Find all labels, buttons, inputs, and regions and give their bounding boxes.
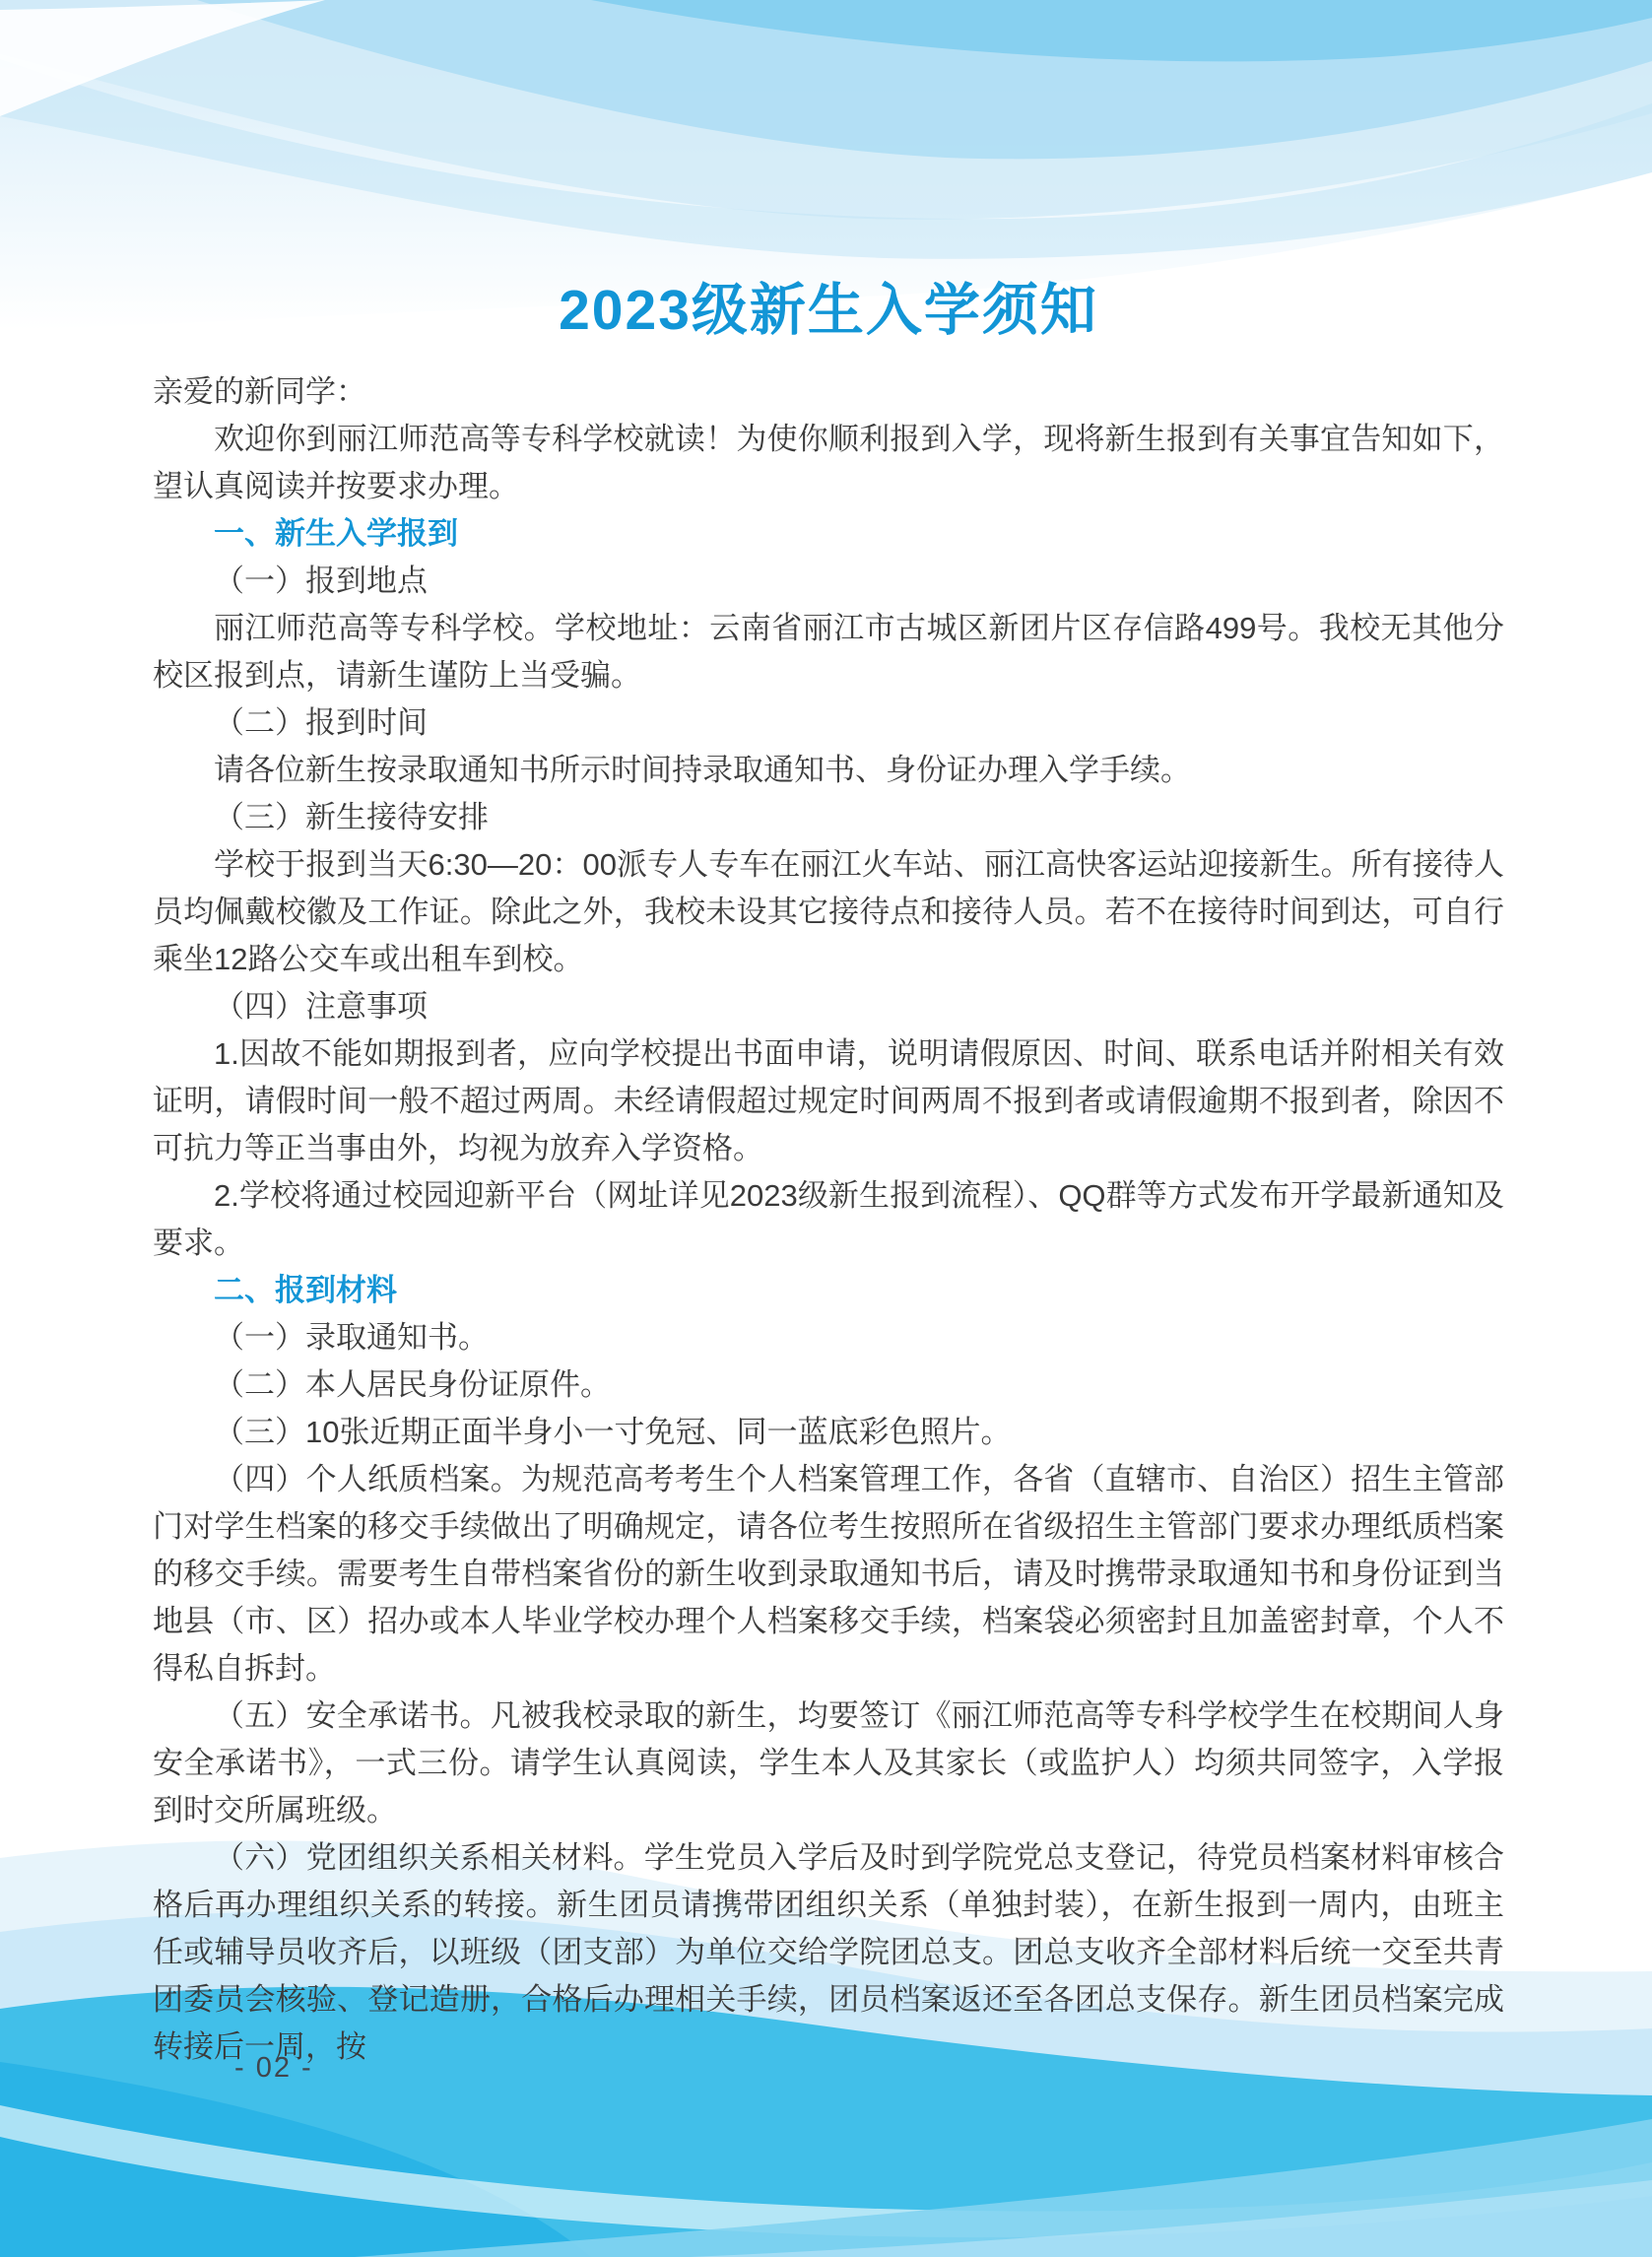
section-2-item-1: （一）录取通知书。 (153, 1314, 1504, 1361)
intro-paragraph: 欢迎你到丽江师范高等专科学校就读！为使你顺利报到入学，现将新生报到有关事宜告知如… (153, 416, 1504, 510)
page: { "page": { "title": "2023级新生入学须知", "pag… (0, 0, 1652, 2257)
section-1-item-4-note-1: 1.因故不能如期报到者，应向学校提出书面申请，说明请假原因、时间、联系电话并附相… (153, 1030, 1504, 1172)
section-2-item-5: （五）安全承诺书。凡被我校录取的新生，均要签订《丽江师范高等专科学校学生在校期间… (153, 1693, 1504, 1834)
section-1-item-2-body: 请各位新生按录取通知书所示时间持录取通知书、身份证办理入学手续。 (153, 747, 1504, 794)
section-2-item-2: （二）本人居民身份证原件。 (153, 1361, 1504, 1409)
section-2-item-6: （六）党团组织关系相关材料。学生党员入学后及时到学院党总支登记，待党员档案材料审… (153, 1834, 1504, 2071)
section-2-item-4: （四）个人纸质档案。为规范高考考生个人档案管理工作，各省（直辖市、自治区）招生主… (153, 1456, 1504, 1693)
page-number: - 02 - (234, 2051, 313, 2085)
document-body: 2023级新生入学须知 亲爱的新同学： 欢迎你到丽江师范高等专科学校就读！为使你… (153, 276, 1504, 2071)
page-title: 2023级新生入学须知 (153, 276, 1504, 345)
section-1-item-4-note-2: 2.学校将通过校园迎新平台（网址详见2023级新生报到流程）、QQ群等方式发布开… (153, 1172, 1504, 1267)
section-1-item-1-body: 丽江师范高等专科学校。学校地址：云南省丽江市古城区新团片区存信路499号。我校无… (153, 605, 1504, 699)
section-1-item-3-title: （三）新生接待安排 (153, 794, 1504, 841)
section-2-item-3: （三）10张近期正面半身小一寸免冠、同一蓝底彩色照片。 (153, 1409, 1504, 1456)
section-1-heading: 一、新生入学报到 (153, 510, 1504, 558)
section-2-heading: 二、报到材料 (153, 1267, 1504, 1314)
section-1-item-3-body: 学校于报到当天6:30—20：00派专人专车在丽江火车站、丽江高快客运站迎接新生… (153, 841, 1504, 983)
salutation: 亲爱的新同学： (153, 368, 1504, 416)
section-1-item-4-title: （四）注意事项 (153, 983, 1504, 1030)
section-1-item-1-title: （一）报到地点 (153, 558, 1504, 605)
section-1-item-2-title: （二）报到时间 (153, 699, 1504, 747)
